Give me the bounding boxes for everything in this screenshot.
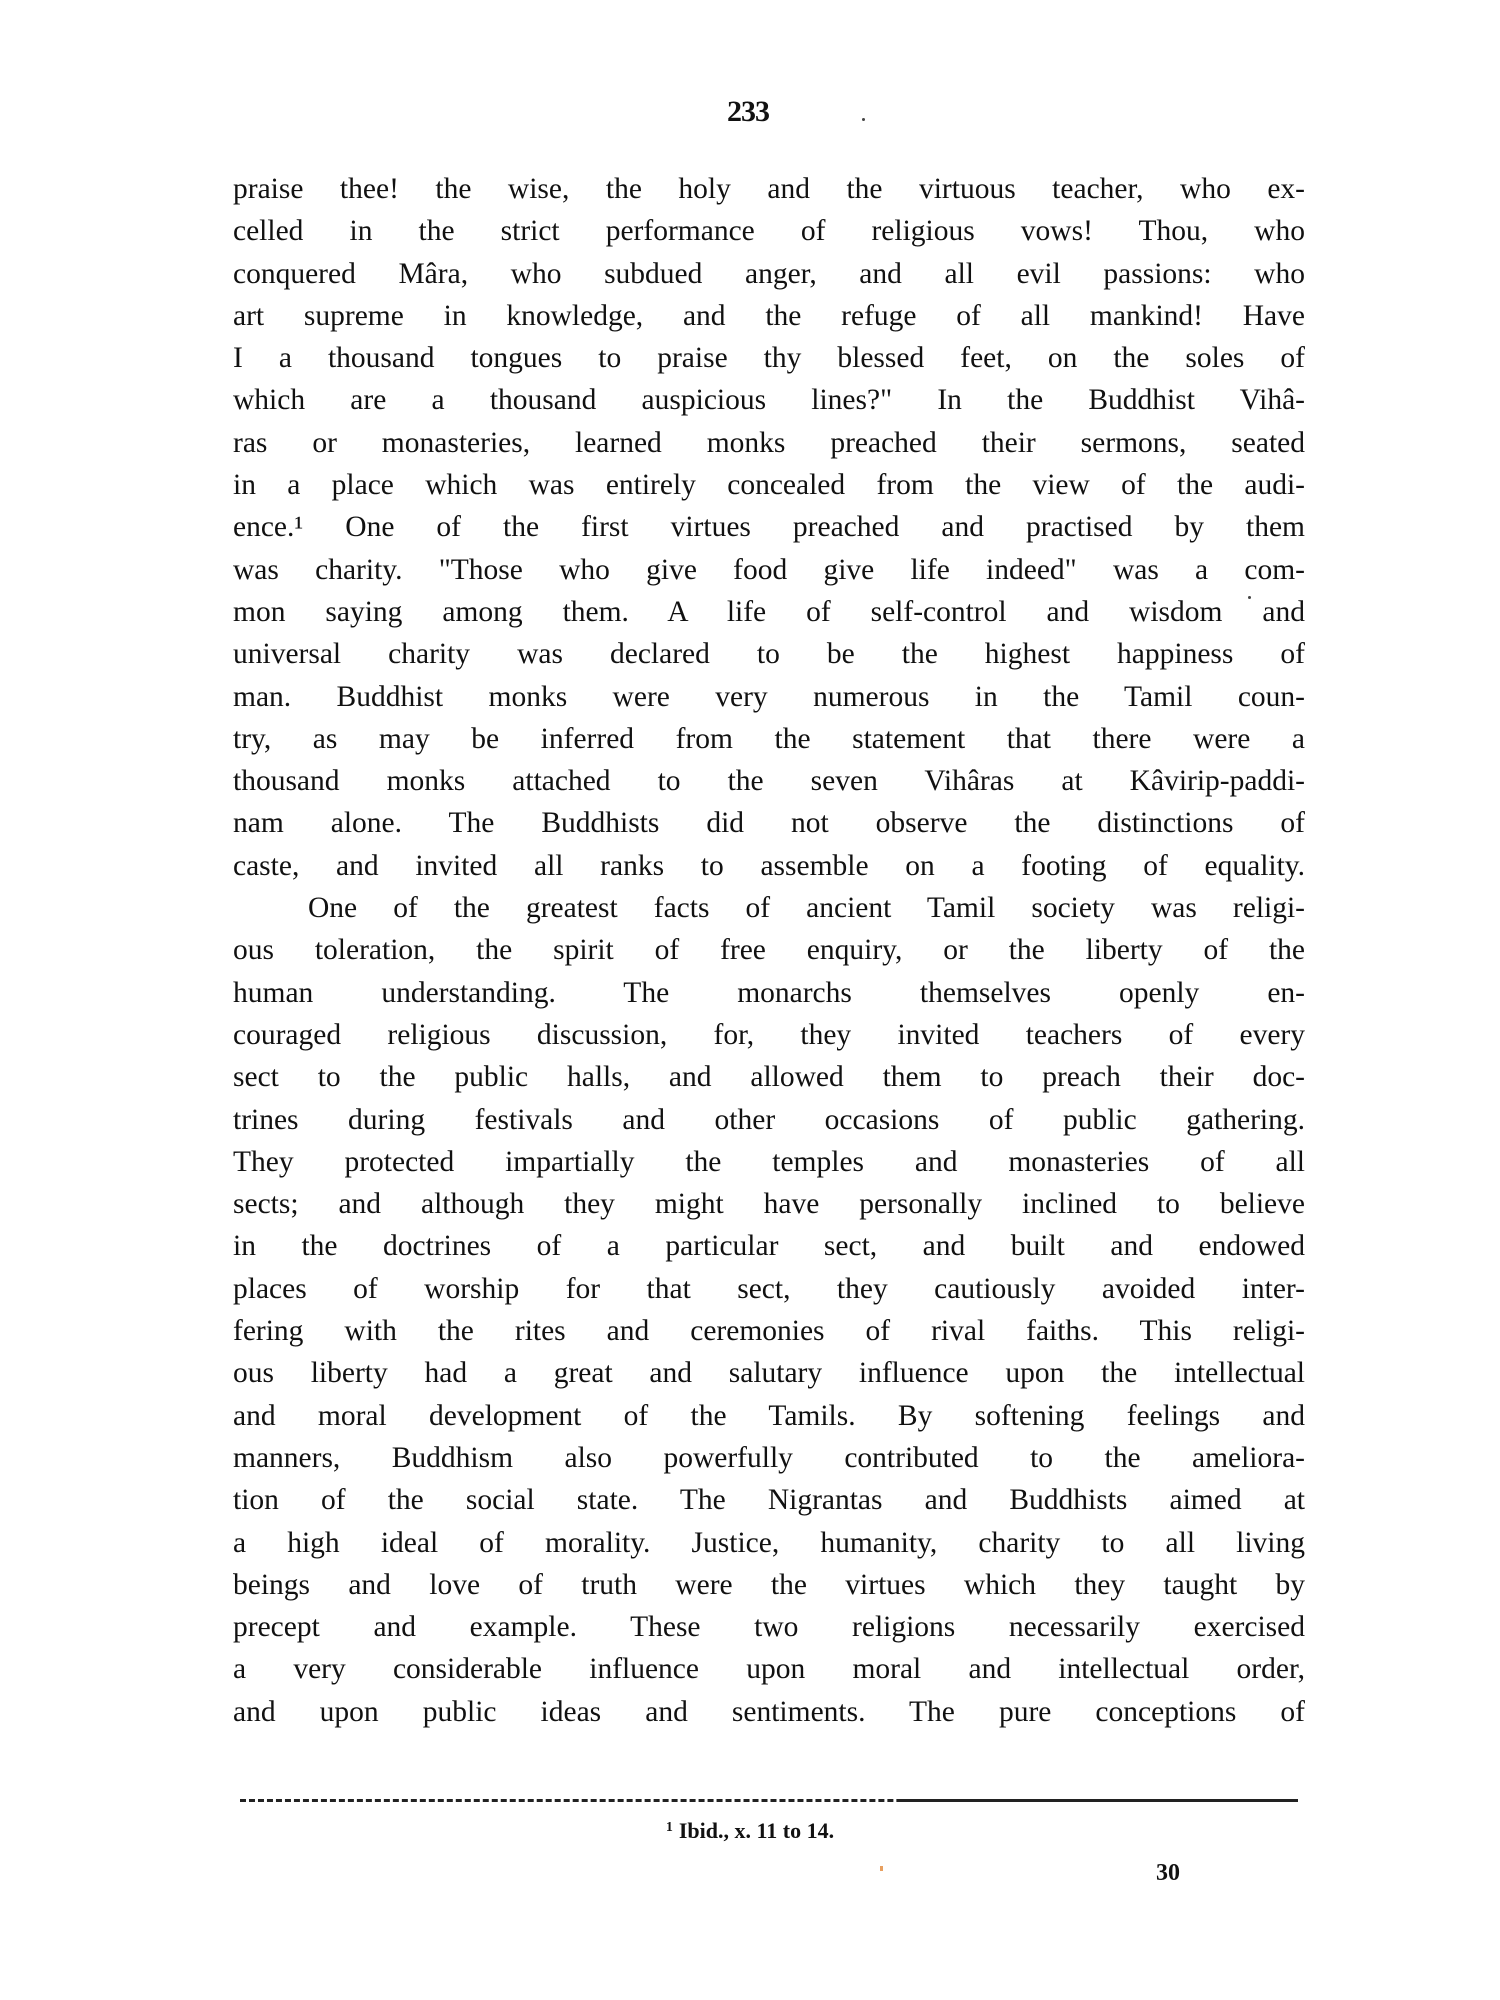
text-line: couraged religious discussion, for, they… <box>233 1014 1305 1056</box>
text-line: places of worship for that sect, they ca… <box>233 1268 1305 1310</box>
text-line: which are a thousand auspicious lines?" … <box>233 379 1305 421</box>
text-line: conquered Mâra, who subdued anger, and a… <box>233 253 1305 295</box>
text-line: a very considerable influence upon moral… <box>233 1648 1305 1690</box>
footnote: 1Ibid., x. 11 to 14. <box>0 1818 1500 1844</box>
text-line: sect to the public halls, and allowed th… <box>233 1056 1305 1098</box>
text-line: ous liberty had a great and salutary inf… <box>233 1352 1305 1394</box>
text-line: mon saying among them. A life of self-co… <box>233 591 1305 633</box>
text-line: human understanding. The monarchs themse… <box>233 972 1305 1014</box>
text-line: praise thee! the wise, the holy and the … <box>233 168 1305 210</box>
text-line: art supreme in knowledge, and the refuge… <box>233 295 1305 337</box>
text-line: precept and example. These two religions… <box>233 1606 1305 1648</box>
signature-mark: 30 <box>1156 1860 1180 1887</box>
footnote-text: Ibid., x. 11 to 14. <box>679 1818 834 1843</box>
book-page: 233 praise thee! the wise, the holy and … <box>0 0 1500 2000</box>
text-line: and moral development of the Tamils. By … <box>233 1395 1305 1437</box>
text-line: universal charity was declared to be the… <box>233 633 1305 675</box>
text-line: manners, Buddhism also powerfully contri… <box>233 1437 1305 1479</box>
text-line: in a place which was entirely concealed … <box>233 464 1305 506</box>
text-line: nam alone. The Buddhists did not observe… <box>233 802 1305 844</box>
text-line: fering with the rites and ceremonies of … <box>233 1310 1305 1352</box>
page-number: 233 <box>0 95 1498 129</box>
text-line: ence.¹ One of the first virtues preached… <box>233 506 1305 548</box>
text-line: celled in the strict performance of reli… <box>233 210 1305 252</box>
text-line: try, as may be inferred from the stateme… <box>233 718 1305 760</box>
print-speck <box>880 1866 883 1871</box>
text-line: was charity. "Those who give food give l… <box>233 549 1305 591</box>
print-speck <box>862 118 865 121</box>
body-text: praise thee! the wise, the holy and the … <box>233 168 1305 1733</box>
text-line: ous toleration, the spirit of free enqui… <box>233 929 1305 971</box>
text-line: trines during festivals and other occasi… <box>233 1099 1305 1141</box>
text-line: caste, and invited all ranks to assemble… <box>233 845 1305 887</box>
text-line: One of the greatest facts of ancient Tam… <box>233 887 1305 929</box>
text-line: ras or monasteries, learned monks preach… <box>233 422 1305 464</box>
text-line: They protected impartially the temples a… <box>233 1141 1305 1183</box>
text-line: man. Buddhist monks were very numerous i… <box>233 676 1305 718</box>
text-line: in the doctrines of a particular sect, a… <box>233 1225 1305 1267</box>
footnote-marker: 1 <box>666 1820 673 1835</box>
text-line: tion of the social state. The Nigrantas … <box>233 1479 1305 1521</box>
text-line: thousand monks attached to the seven Vih… <box>233 760 1305 802</box>
text-line: a high ideal of morality. Justice, human… <box>233 1522 1305 1564</box>
footnote-rule-solid <box>900 1799 1298 1802</box>
text-line: sects; and although they might have pers… <box>233 1183 1305 1225</box>
text-line: beings and love of truth were the virtue… <box>233 1564 1305 1606</box>
text-line: and upon public ideas and sentiments. Th… <box>233 1691 1305 1733</box>
text-line: I a thousand tongues to praise thy bless… <box>233 337 1305 379</box>
